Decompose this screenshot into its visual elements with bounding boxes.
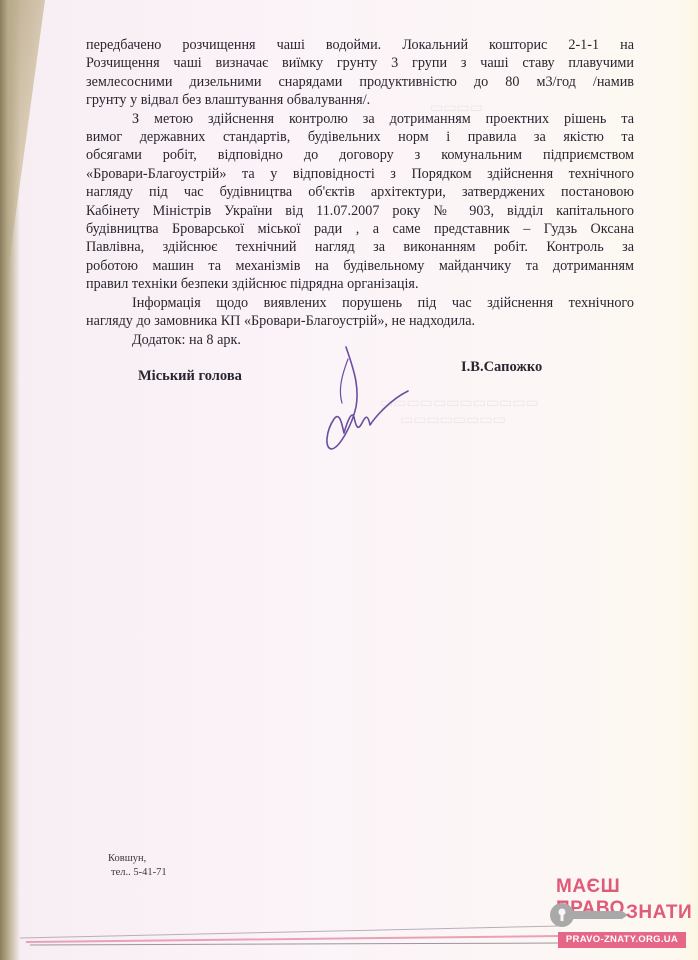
text-line: землесосними дизельними снарядами продук…: [86, 73, 634, 91]
page-stack-edges: [20, 916, 560, 946]
text-line: обсягами робіт, відповідно до договору з…: [86, 146, 634, 164]
signatory-name: І.В.Сапожко: [461, 359, 542, 376]
text-line: «Бровари-Благоустрій» та у відповідності…: [86, 165, 634, 183]
text-line: вимог державних стандартів, будівельних …: [86, 128, 634, 146]
left-edge-shadow: [0, 0, 20, 960]
paragraph-3: Інформація щодо виявлених порушень під ч…: [86, 294, 634, 331]
right-edge-tint: [680, 0, 698, 960]
handwritten-signature: [318, 345, 413, 455]
text-line: Кабінету Міністрів України від 11.07.200…: [86, 202, 634, 220]
text-line: роботою машин та механізмів на будівельн…: [86, 257, 634, 275]
signatory-title: Міський голова: [138, 368, 242, 385]
executor-phone: тел.. 5-41-71: [108, 866, 167, 880]
key-icon: [548, 900, 628, 930]
text-line: передбачено розчищення чаші водойми. Лок…: [86, 36, 634, 54]
pravo-znaty-watermark: МАЄШ ПРАВО ЗНАТИ PRAVO-ZNATY.ORG.UA: [548, 874, 693, 956]
watermark-url[interactable]: PRAVO-ZNATY.ORG.UA: [558, 932, 686, 948]
text-line: Павлівна, здійснює технічний нагляд за в…: [86, 238, 634, 256]
executor-info: Ковшун, тел.. 5-41-71: [108, 852, 167, 880]
text-line: нагляду під час будівництва об'єктів арх…: [86, 183, 634, 201]
text-line: Розчищення чаші визначає виїмку грунту 3…: [86, 54, 634, 72]
text-line: грунту у відвал без влаштування обвалува…: [86, 91, 634, 109]
text-line: нагляду до замовника КП «Бровари-Благоус…: [86, 312, 634, 330]
text-line: Інформація щодо виявлених порушень під ч…: [86, 294, 634, 312]
paragraph-1: передбачено розчищення чаші водойми. Лок…: [86, 36, 634, 110]
watermark-title-line2: ЗНАТИ: [626, 902, 692, 924]
text-line: правил техніки безпеки здійснює підрядна…: [86, 275, 634, 293]
annex-note: Додаток: на 8 арк.: [132, 332, 241, 349]
executor-name: Ковшун,: [108, 852, 167, 866]
text-line: будівництва Броварської міської ради , а…: [86, 220, 634, 238]
bleed-through-text: ▭▭▭▭▭▭▭▭: [400, 412, 506, 429]
document-body: передбачено розчищення чаші водойми. Лок…: [86, 36, 634, 331]
paragraph-2: З метою здійснення контролю за дотриманн…: [86, 110, 634, 294]
text-line: З метою здійснення контролю за дотриманн…: [86, 110, 634, 128]
